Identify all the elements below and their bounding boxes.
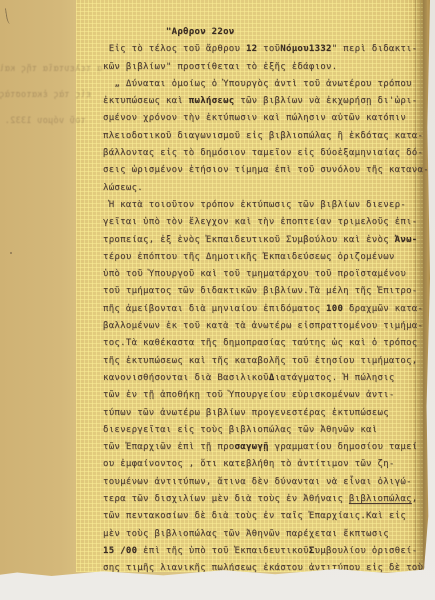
bleedthrough-line: α τελευταῖα τῆς καὶ- <box>0 56 102 82</box>
paper-sheet: α τελευταῖα τῆς καὶ- εἰς τὰς ἑκατοστὰς τ… <box>0 0 430 580</box>
text-line: τροπείας, ἐξ ἑνὸς Ἐκπαιδευτικοῦ Συμβούλο… <box>103 232 429 249</box>
text-line: πῆς ἀμείβονται διὰ μηνιαίου ἐπιδόματος 1… <box>103 301 429 318</box>
text-line: 15 /00 ἐπὶ τῆς ὑπὸ τοῦ ἘκπαιδευτικοῦΣυμβ… <box>103 543 429 560</box>
text-line: τῆς ἐκτυπώσεως καὶ τῆς καταβολῆς τοῦ ἐτη… <box>103 353 429 370</box>
text-line: ου ἐμφαίνοντος , ὅτι κατεβλήθη τὸ ἀντίτι… <box>103 456 429 473</box>
text-line: Εἰς τὸ τέλος τοῦ ἄρθρου 12 τοῦΝόμου1332"… <box>103 41 429 58</box>
text-line: τοῦ τμήματος τῶν διδακτικῶν βιβλίων.Τὰ μ… <box>103 283 429 300</box>
text-line: σμένον χρόνον τὴν ἐκτύπωσιν καὶ πώλησιν … <box>103 110 429 127</box>
typewritten-text: "Αρθρον 22ον Εἰς τὸ τέλος τοῦ ἄρθρου 12 … <box>103 24 429 578</box>
text-line: γεῖται ὑπὸ τὸν ἔλεγχον καὶ τὴν ἐποπτείαν… <box>103 214 429 231</box>
scanned-document: α τελευταῖα τῆς καὶ- εἰς τὰς ἑκατοστὰς τ… <box>0 0 435 600</box>
text-line: σης τιμῆς λιανικῆς πωλήσεως ἑκάστου ἀντι… <box>103 560 429 577</box>
text-line: λώσεως. <box>103 180 429 197</box>
text-line: πλειοδοτικοῦ διαγωνισμοῦ εἰς βιβλιοπώλας… <box>103 128 429 145</box>
text-line: τῶν Ἐπαρχιῶν ἐπὶ τῇ προσαγωγῇ γραμματίου… <box>103 439 429 456</box>
pen-mark <box>5 8 12 25</box>
text-line: Ἡ κατὰ τοιοῦτον τρόπον ἐκτύπωσις τῶν βιβ… <box>103 197 429 214</box>
text-line: βάλλοντας εἰς τὸ δημόσιον ταμεῖον εἰς δύ… <box>103 145 429 162</box>
text-line: βαλλομένων ἐκ τοῦ κατὰ τὰ ἀνωτέρω εἰσπρα… <box>103 318 429 335</box>
text-line: μὲν τοὺς βιβλιοπώλας τῶν Ἀθηνῶν παρέχετα… <box>103 526 429 543</box>
text-line: τῶν πεντακοσίων δὲ διὰ τοὺς ἐν ταῖς Ἐπαρ… <box>103 508 429 525</box>
bleedthrough-line: εἰς τὰς ἑκατοστὰς <box>0 82 102 108</box>
text-line: κῶν βιβλίων" προστίθεται τὸ ἑξῆς ἐδάφιον… <box>103 59 429 76</box>
text-line: ὑπὸ τοῦ Ὑπουργοῦ καὶ τοῦ τμηματάρχου τοῦ… <box>103 266 429 283</box>
text-line: τύπων τῶν ἀνωτέρω βιβλίων προγενεστέρας … <box>103 405 429 422</box>
text-line: "Αρθρον 22ον <box>103 24 429 41</box>
text-line: τος.Τὰ καθέκαστα τῆς δημοπρασίας ταύτης … <box>103 335 429 352</box>
text-line: τουμένων ἀντιτύπων, ἅτινα δὲν δύνανται ν… <box>103 474 429 491</box>
text-line: τῶν ἐν τῇ ἀποθήκῃ τοῦ Ὑπουργείου εὑρισκο… <box>103 387 429 404</box>
text-line: „ Δύναται ὁμοίως ὁ Ὑπουργὸς ἀντὶ τοῦ ἀνω… <box>103 76 429 93</box>
ink-speck <box>10 252 12 254</box>
text-line: διενεργεῖται εἰς τοὺς βιβλιοπώλας τῶν Ἀθ… <box>103 422 429 439</box>
bleedthrough-text: α τελευταῖα τῆς καὶ- εἰς τὰς ἑκατοστὰς τ… <box>0 56 102 134</box>
text-line: ἐκτυπώσεως καὶ πωλήσεως τῶν βιβλίων νὰ ἐ… <box>103 93 429 110</box>
bleedthrough-line: τοῦ νόμου 1332. <box>0 108 102 134</box>
text-line: τέρου ἐπόπτου τῆς Δημοτικῆς Ἐκπαιδεύσεως… <box>103 249 429 266</box>
text-line: σεις ὡρισμένον ἐτήσιον τίμημα ἐπὶ τοῦ συ… <box>103 162 429 179</box>
text-line: κανονισθήσονται διὰ ΒασιλικοῦΔιατάγματος… <box>103 370 429 387</box>
ink-speck <box>397 585 400 588</box>
text-line: τερα τῶν δισχιλίων μὲν διὰ τοὺς ἐν Ἀθήνα… <box>103 491 429 508</box>
